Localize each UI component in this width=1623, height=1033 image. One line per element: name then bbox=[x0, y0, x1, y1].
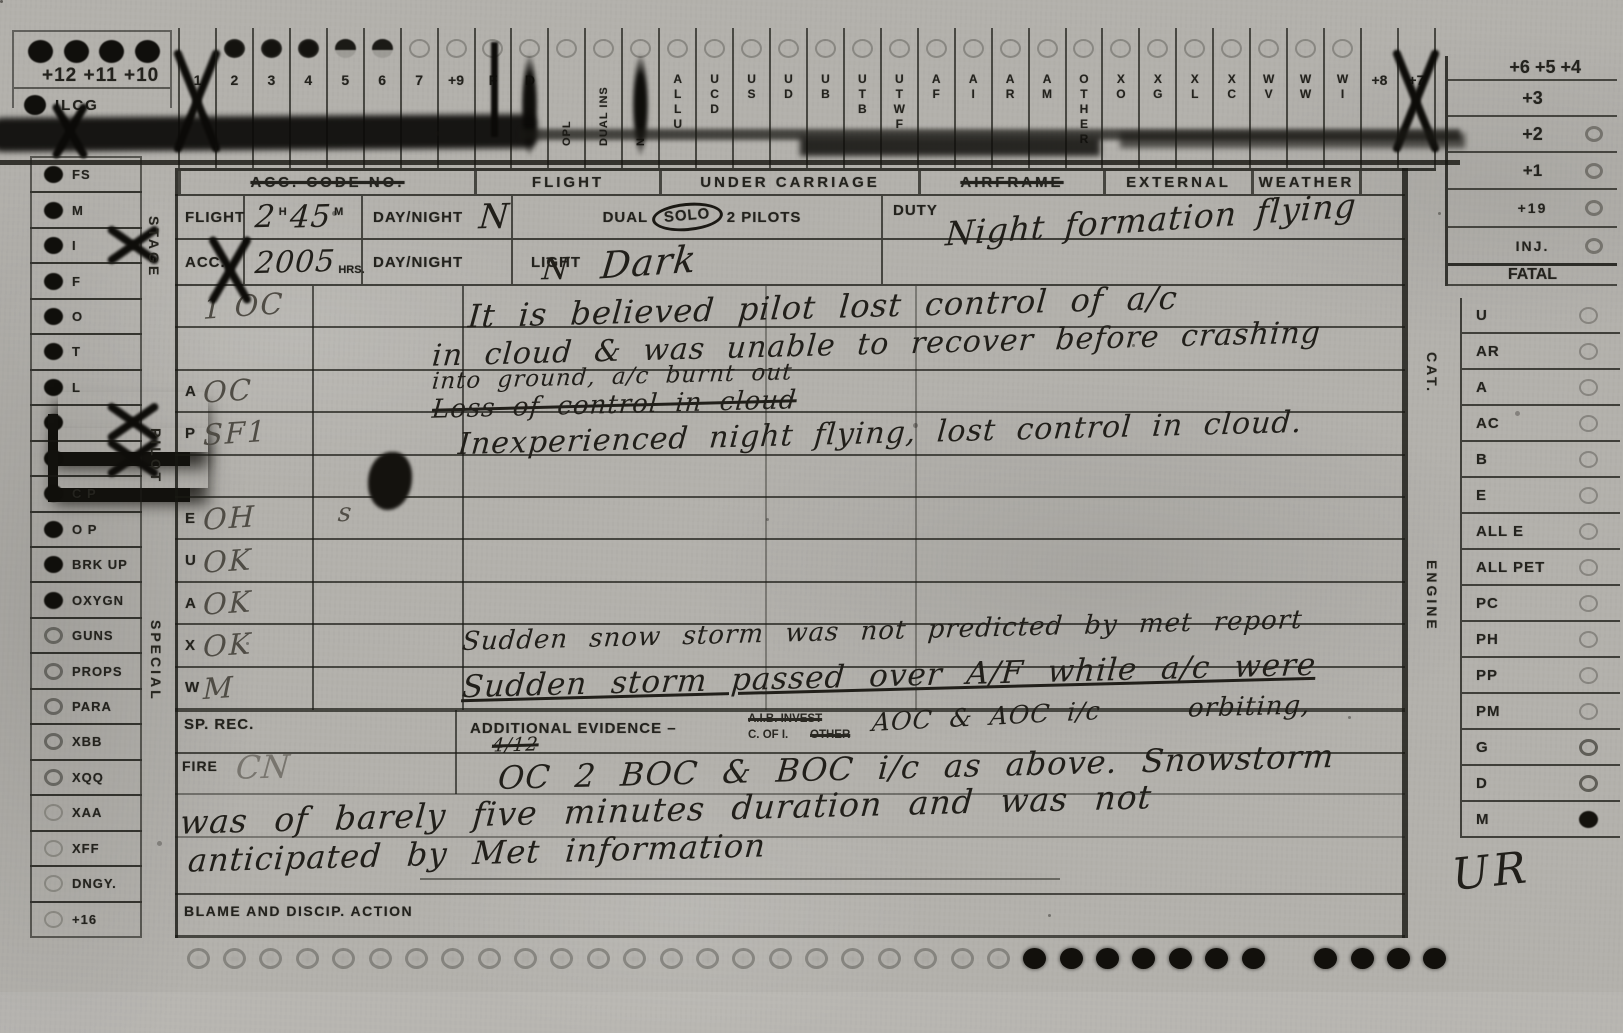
punch-circle bbox=[1579, 559, 1598, 576]
punch-hole bbox=[1423, 948, 1446, 969]
column-divider bbox=[312, 286, 314, 710]
punch-dot bbox=[24, 95, 46, 115]
punch-circle bbox=[1579, 703, 1598, 720]
corner-label: ILCG bbox=[55, 97, 99, 114]
punch-column: 5 bbox=[326, 28, 363, 168]
punch-hole bbox=[335, 39, 356, 58]
rail-row: BRK UP bbox=[30, 546, 142, 583]
punch-dot bbox=[44, 556, 63, 573]
group-label-cat: CAT. bbox=[1424, 352, 1440, 394]
flight-label-cell: FLIGHT bbox=[175, 196, 245, 238]
cat-row: B bbox=[1462, 442, 1620, 478]
punch-column: AR bbox=[991, 28, 1028, 168]
punch-hole bbox=[987, 948, 1010, 969]
code-row-hand-value: OK bbox=[203, 542, 253, 580]
ink-mark bbox=[1362, 28, 1397, 168]
punch-hole bbox=[1351, 948, 1374, 969]
fire-label: FIRE bbox=[182, 758, 218, 774]
punch-column: 1 bbox=[178, 28, 215, 168]
rail-row-label: PROPS bbox=[72, 664, 123, 679]
punch-column-label: AF bbox=[930, 72, 942, 102]
engine-row: ALL PET bbox=[1462, 550, 1620, 586]
punch-column-label: ALLU bbox=[672, 72, 684, 132]
corner-ilcg-row: ILCG bbox=[14, 89, 170, 115]
punch-column-label: 6 bbox=[378, 72, 386, 88]
punch-hole bbox=[1221, 39, 1242, 58]
punch-hole bbox=[587, 948, 610, 969]
right-top-row-label: +3 bbox=[1522, 88, 1543, 109]
right-top-row: +2 bbox=[1448, 117, 1617, 153]
punch-hole bbox=[660, 948, 683, 969]
code-row-printed-label: E bbox=[175, 510, 203, 527]
punch-column-label: DUAL INS bbox=[598, 72, 610, 146]
cat-row-label: E bbox=[1476, 487, 1487, 504]
punch-hole bbox=[696, 948, 719, 969]
right-top-row-label: +6 +5 +4 bbox=[1509, 57, 1581, 78]
punch-hole bbox=[623, 948, 646, 969]
punch-hole bbox=[441, 948, 464, 969]
rail-row: M bbox=[30, 191, 142, 228]
punch-circle bbox=[1579, 811, 1598, 828]
punch-column-label: AI bbox=[967, 72, 979, 102]
punch-circle bbox=[1585, 238, 1603, 254]
punch-circle bbox=[1579, 631, 1598, 648]
right-top-block: +6 +5 +4 +3 +2 +1 +19 INJ. FATAL bbox=[1445, 56, 1617, 286]
punch-hole bbox=[1295, 39, 1316, 58]
rail-row bbox=[30, 404, 142, 441]
daynight-value: N bbox=[478, 197, 512, 238]
punch-column-label: 1 bbox=[194, 72, 202, 88]
punch-dot bbox=[44, 450, 63, 467]
code-row-hand-value: OH bbox=[203, 499, 257, 537]
punch-column-label: 4 bbox=[304, 72, 312, 88]
punch-column: UTB bbox=[843, 28, 880, 168]
punch-hole bbox=[1184, 39, 1205, 58]
acc-row: ACC. 2005 HRS. DAY/NIGHT LIGHT Dark bbox=[175, 240, 1405, 286]
punch-column: +9 bbox=[437, 28, 474, 168]
punch-dot bbox=[44, 343, 63, 360]
rail-row: O bbox=[30, 298, 142, 335]
rail-row: OXYGN bbox=[30, 581, 142, 618]
punch-hole bbox=[1332, 39, 1353, 58]
punch-hole bbox=[259, 948, 282, 969]
paper-bottom-edge bbox=[0, 992, 1623, 1033]
rail-row-label: XQQ bbox=[72, 770, 104, 785]
punch-hole bbox=[224, 39, 245, 58]
punch-hole bbox=[296, 948, 319, 969]
acc-label: ACC. bbox=[185, 254, 226, 271]
right-top-row: +6 +5 +4 bbox=[1448, 56, 1617, 81]
punch-hole bbox=[405, 948, 428, 969]
code-row-printed-label: U bbox=[175, 552, 203, 569]
rail-row-label: I bbox=[72, 238, 77, 253]
punch-dot bbox=[28, 40, 53, 63]
punch-column: XL bbox=[1175, 28, 1212, 168]
scanned-accident-record-card: +12 +11 +10 ILCG 1 2 3 4 bbox=[0, 0, 1623, 1033]
group-label-pilot: PILOT bbox=[148, 428, 164, 484]
code-row-printed-label: X bbox=[175, 637, 203, 654]
engine-row-label: PP bbox=[1476, 667, 1498, 684]
acc-time-cell: 2005 HRS. bbox=[245, 240, 363, 284]
e-row-mark: s bbox=[337, 498, 354, 528]
engine-row: ALL E bbox=[1462, 514, 1620, 550]
punch-hole bbox=[482, 39, 503, 58]
punch-column: +7 bbox=[1397, 28, 1436, 168]
punch-column: 7 bbox=[400, 28, 437, 168]
rail-row-label: BRK UP bbox=[72, 557, 128, 572]
punch-column: UTWF bbox=[880, 28, 917, 168]
punch-column: AF bbox=[917, 28, 954, 168]
rail-row-label: O P bbox=[72, 522, 97, 537]
rail-row-label: L bbox=[72, 380, 81, 395]
punch-dot bbox=[44, 237, 63, 254]
punch-hole bbox=[769, 948, 792, 969]
dual-label: DUAL bbox=[603, 209, 649, 226]
punch-dot bbox=[99, 40, 124, 63]
punch-circle bbox=[1585, 126, 1603, 142]
punch-column-label: UB bbox=[819, 72, 831, 102]
punch-column: F bbox=[474, 28, 511, 168]
engine-row-label: D bbox=[1476, 775, 1488, 792]
punch-hole bbox=[878, 948, 901, 969]
punch-column-label: 7 bbox=[415, 72, 423, 88]
rail-row-label: DNGY. bbox=[72, 876, 117, 891]
rail-row-label: T bbox=[72, 344, 81, 359]
punch-column: ALLU bbox=[658, 28, 695, 168]
punch-column-label: WV bbox=[1263, 72, 1275, 102]
punch-hole bbox=[1258, 39, 1279, 58]
engine-row: D bbox=[1462, 766, 1620, 802]
punch-dot bbox=[44, 592, 63, 609]
flight-hours-value: 2 bbox=[254, 199, 278, 236]
punch-dot bbox=[44, 485, 63, 502]
ink-mark bbox=[1399, 28, 1434, 168]
engine-row-label: G bbox=[1476, 739, 1489, 756]
engine-row-label: PC bbox=[1476, 595, 1499, 612]
punch-column: XG bbox=[1138, 28, 1175, 168]
engine-row: PP bbox=[1462, 658, 1620, 694]
rail-row: C P bbox=[30, 475, 142, 512]
punch-hole bbox=[446, 39, 467, 58]
bottom-punch-row bbox=[180, 940, 1480, 969]
daynight-label: DAY/NIGHT bbox=[373, 254, 463, 271]
punch-column-label: 5 bbox=[341, 72, 349, 88]
punch-column-label: 3 bbox=[267, 72, 275, 88]
punch-dot bbox=[44, 875, 63, 892]
cat-row-label: B bbox=[1476, 451, 1488, 468]
rail-row-label: GUNS bbox=[72, 628, 114, 643]
code-row-hand-value: 1 OC bbox=[203, 286, 285, 326]
daynight-label: DAY/NIGHT bbox=[373, 209, 463, 226]
code-row-hand-value: OK bbox=[203, 584, 253, 622]
hrs-unit: HRS. bbox=[338, 254, 364, 284]
rule-line bbox=[175, 935, 1405, 938]
punch-column: AI bbox=[954, 28, 991, 168]
punch-column-label: +9 bbox=[448, 72, 464, 88]
punch-column-label: XO bbox=[1115, 72, 1127, 102]
rail-row-label: XAA bbox=[72, 805, 102, 820]
rail-row-label: XFF bbox=[72, 841, 100, 856]
punch-hole bbox=[550, 948, 573, 969]
punch-circle bbox=[1579, 595, 1598, 612]
punch-hole bbox=[409, 39, 430, 58]
punch-column-label: US bbox=[746, 72, 758, 102]
corner-punch-dots bbox=[14, 32, 170, 63]
rail-row: O P bbox=[30, 511, 142, 548]
punch-circle bbox=[1585, 267, 1603, 283]
rail-row: XQQ bbox=[30, 759, 142, 796]
rail-row-label: FS bbox=[72, 167, 91, 182]
punch-hole bbox=[951, 948, 974, 969]
cat-row: AR bbox=[1462, 334, 1620, 370]
punch-column: XO bbox=[1101, 28, 1138, 168]
evidence-option-prefix: C. OF I. bbox=[748, 728, 788, 743]
solo-circled: SOLO bbox=[651, 200, 724, 234]
rail-row: GUNS bbox=[30, 617, 142, 654]
code-row-hand-value: OC bbox=[203, 372, 253, 410]
punch-circle bbox=[1579, 487, 1598, 504]
minutes-unit: M bbox=[334, 196, 343, 218]
punch-column: UCD bbox=[695, 28, 732, 168]
punch-hole bbox=[1205, 948, 1228, 969]
punch-circle bbox=[1579, 379, 1598, 396]
cat-row-label: U bbox=[1476, 307, 1488, 324]
punch-hole bbox=[1147, 39, 1168, 58]
cat-row-label: A bbox=[1476, 379, 1488, 396]
punch-hole bbox=[741, 39, 762, 58]
acc-daynight-cell: DAY/NIGHT bbox=[363, 240, 513, 284]
right-top-row: +19 bbox=[1448, 190, 1617, 228]
solo-label: SOLO bbox=[663, 205, 711, 226]
punch-hole bbox=[841, 948, 864, 969]
punch-dot bbox=[44, 273, 63, 290]
punch-hole bbox=[478, 948, 501, 969]
punch-hole bbox=[852, 39, 873, 58]
punch-hole bbox=[369, 948, 392, 969]
punch-circle bbox=[1579, 451, 1598, 468]
right-top-row: FATAL bbox=[1448, 266, 1617, 286]
punch-column-label: XC bbox=[1226, 72, 1238, 102]
punch-hole bbox=[704, 39, 725, 58]
cat-row: AC bbox=[1462, 406, 1620, 442]
rail-row: PARA bbox=[30, 688, 142, 725]
engine-row-label: ALL PET bbox=[1476, 559, 1545, 576]
form-right-border bbox=[1405, 168, 1408, 938]
rail-row: XFF bbox=[30, 830, 142, 867]
right-top-row-label: FATAL bbox=[1508, 266, 1557, 284]
punch-column: 2 bbox=[215, 28, 252, 168]
punch-dot bbox=[44, 911, 63, 928]
punch-column: 4 bbox=[289, 28, 326, 168]
punch-column-label: XG bbox=[1152, 72, 1164, 102]
corner-values: +12 +11 +10 bbox=[14, 63, 170, 89]
punch-column: UD bbox=[769, 28, 806, 168]
punch-column-label: WI bbox=[1337, 72, 1349, 102]
punch-hole bbox=[187, 948, 210, 969]
punch-column: XC bbox=[1212, 28, 1249, 168]
punch-column: OPL bbox=[547, 28, 584, 168]
punch-column: WI bbox=[1323, 28, 1360, 168]
punch-column-label: F bbox=[489, 72, 498, 88]
punch-column: AM bbox=[1028, 28, 1065, 168]
rail-row: DNGY. bbox=[30, 865, 142, 902]
cat-row: E bbox=[1462, 478, 1620, 514]
punch-column: US bbox=[732, 28, 769, 168]
rule-line bbox=[175, 893, 1405, 895]
rail-row-label: C P bbox=[72, 486, 97, 501]
punch-hole bbox=[1073, 39, 1094, 58]
punch-hole bbox=[630, 39, 651, 58]
rail-row-label: PARA bbox=[72, 699, 112, 714]
acc-label-cell: ACC. bbox=[175, 240, 245, 284]
light-value: Dark bbox=[599, 237, 699, 287]
punch-hole bbox=[732, 948, 755, 969]
rule-line bbox=[420, 878, 1060, 880]
punch-column-label: UD bbox=[782, 72, 794, 102]
code-row-hand-value: M bbox=[203, 670, 235, 706]
engine-row-label: ALL E bbox=[1476, 523, 1524, 540]
group-label-special: SPECIAL bbox=[148, 620, 164, 702]
punch-dot bbox=[64, 40, 89, 63]
rail-row: T bbox=[30, 333, 142, 370]
punch-dot bbox=[44, 663, 63, 680]
engine-row-label: M bbox=[1476, 811, 1490, 828]
hours-unit: H bbox=[279, 196, 287, 218]
engine-row: G bbox=[1462, 730, 1620, 766]
flight-minutes-value: 45 bbox=[288, 198, 332, 235]
code-row bbox=[175, 456, 1405, 498]
left-code-rail: FS M I F O T bbox=[30, 158, 142, 938]
punch-hole bbox=[1169, 948, 1192, 969]
code-row-printed-label: A bbox=[175, 383, 203, 400]
fire-struck-note: 4/12 bbox=[491, 733, 539, 756]
code-row-hand-value: SF1 bbox=[203, 414, 268, 453]
punch-column: D bbox=[510, 28, 547, 168]
punch-column-label: N bbox=[635, 72, 647, 146]
punch-hole bbox=[1314, 948, 1337, 969]
right-top-row: +3 bbox=[1448, 81, 1617, 117]
flight-row: FLIGHT 2 H 45 M DAY/NIGHT N DUAL SOLO 2 … bbox=[175, 194, 1405, 240]
punch-dot bbox=[44, 840, 63, 857]
rail-row: I bbox=[30, 227, 142, 264]
rail-row: L bbox=[30, 369, 142, 406]
engine-row-label: PM bbox=[1476, 703, 1501, 720]
cat-row-label: AR bbox=[1476, 343, 1500, 360]
punch-hole bbox=[1023, 948, 1046, 969]
punch-column-label: UCD bbox=[709, 72, 721, 117]
code-row-printed-label: P bbox=[175, 425, 203, 442]
punch-column-label: D bbox=[525, 72, 535, 88]
punch-hole bbox=[914, 948, 937, 969]
punch-hole bbox=[1132, 948, 1155, 969]
punch-circle bbox=[1579, 307, 1598, 324]
punch-hole bbox=[261, 39, 282, 58]
right-top-row: +1 bbox=[1448, 153, 1617, 190]
punch-dot bbox=[44, 521, 63, 538]
rail-row: FS bbox=[30, 156, 142, 193]
dual-solo-cell: DUAL SOLO 2 PILOTS bbox=[513, 196, 883, 238]
rail-row: F bbox=[30, 262, 142, 299]
punch-dot bbox=[44, 769, 63, 786]
punch-column-strip: 1 2 3 4 5 6 bbox=[178, 28, 1436, 168]
engine-block: ALL E ALL PET PC PH PP PM G D bbox=[1460, 514, 1620, 838]
punch-column-label: WW bbox=[1300, 72, 1312, 102]
punch-hole bbox=[1387, 948, 1410, 969]
punch-hole bbox=[805, 948, 828, 969]
punch-hole bbox=[514, 948, 537, 969]
punch-hole bbox=[667, 39, 688, 58]
flight-time-cell: 2 H 45 M bbox=[245, 196, 363, 238]
paper-specks bbox=[0, 0, 3, 3]
punch-hole bbox=[1110, 39, 1131, 58]
punch-circle bbox=[1579, 523, 1598, 540]
code-row-printed-label: W bbox=[175, 679, 203, 696]
cat-row-label: AC bbox=[1476, 415, 1500, 432]
right-top-row-label: +19 bbox=[1518, 200, 1548, 216]
cat-block: U AR A AC B E bbox=[1460, 298, 1620, 514]
engine-row: PM bbox=[1462, 694, 1620, 730]
punch-dot bbox=[44, 379, 63, 396]
punch-hole bbox=[778, 39, 799, 58]
ur-hand-note: UR bbox=[1450, 842, 1533, 901]
blame-label: BLAME AND DISCIP. ACTION bbox=[184, 903, 413, 919]
punch-hole bbox=[1242, 948, 1265, 969]
punch-column-label: AM bbox=[1041, 72, 1053, 102]
punch-column-label: AR bbox=[1004, 72, 1016, 102]
punch-dot bbox=[44, 308, 63, 325]
punch-dot bbox=[44, 166, 63, 183]
duty-label: DUTY bbox=[893, 202, 938, 219]
punch-circle bbox=[1579, 343, 1598, 360]
punch-column: 6 bbox=[363, 28, 400, 168]
engine-row: PC bbox=[1462, 586, 1620, 622]
punch-column-label: OPL bbox=[561, 72, 573, 146]
punch-hole bbox=[593, 39, 614, 58]
rail-row-label: XBB bbox=[72, 734, 102, 749]
punch-column-label: OTHER bbox=[1078, 72, 1090, 147]
rail-row-label: +16 bbox=[72, 912, 97, 927]
punch-hole bbox=[223, 948, 246, 969]
punch-circle bbox=[1579, 775, 1598, 792]
group-label-stage: STAGE bbox=[146, 216, 162, 278]
punch-hole bbox=[1037, 39, 1058, 58]
sp-rec-label: SP. REC. bbox=[184, 716, 254, 733]
corner-punch-block: +12 +11 +10 ILCG bbox=[12, 30, 172, 108]
acc-daynight-value: N bbox=[541, 252, 571, 288]
rail-row-label: OXYGN bbox=[72, 593, 124, 608]
right-top-row: INJ. bbox=[1448, 228, 1617, 266]
punch-column-label: +7 bbox=[1408, 72, 1424, 88]
punch-column: WV bbox=[1249, 28, 1286, 168]
punch-column: +8 bbox=[1360, 28, 1397, 168]
punch-circle bbox=[1579, 739, 1598, 756]
punch-column-label: UTB bbox=[856, 72, 868, 117]
engine-row-label: PH bbox=[1476, 631, 1499, 648]
engine-row: M bbox=[1462, 802, 1620, 838]
rail-row bbox=[30, 440, 142, 477]
punch-column-label: 2 bbox=[231, 72, 239, 88]
rail-row: +16 bbox=[30, 901, 142, 938]
punch-circle bbox=[1585, 200, 1603, 216]
acc-time-value: 2005 bbox=[254, 243, 337, 280]
punch-hole bbox=[298, 39, 319, 58]
rail-row: XBB bbox=[30, 723, 142, 760]
punch-hole bbox=[332, 948, 355, 969]
punch-hole bbox=[556, 39, 577, 58]
evidence-option-struck: OTHER bbox=[810, 728, 850, 743]
punch-dot bbox=[44, 698, 63, 715]
right-top-row-label: +2 bbox=[1522, 124, 1543, 145]
